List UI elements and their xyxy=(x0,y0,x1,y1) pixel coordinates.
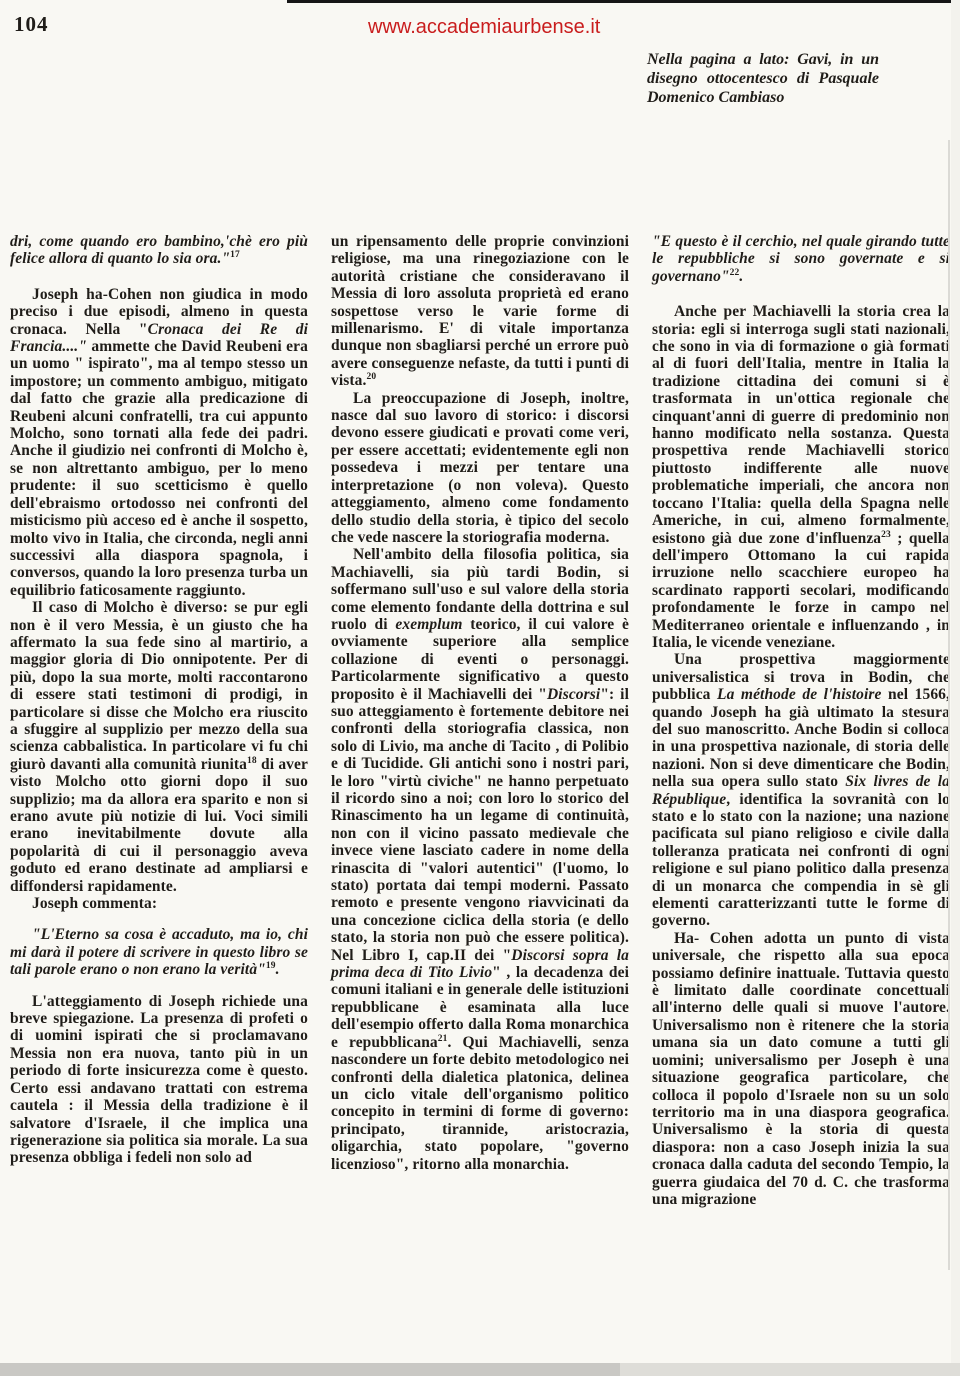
quote-continuation: dri, come quando ero bambino,'chè ero pi… xyxy=(10,233,308,268)
paragraph-continuation: un ripensamento delle proprie convinzion… xyxy=(331,233,629,390)
scan-edge-line xyxy=(948,140,950,1270)
column-middle: un ripensamento delle proprie convinzion… xyxy=(331,233,629,1361)
quote-block: "L'Eterno sa cosa è accaduto, ma io, chi… xyxy=(10,926,308,978)
text-columns: dri, come quando ero bambino,'chè ero pi… xyxy=(10,233,950,1361)
paragraph: Joseph ha-Cohen non giudica in modo prec… xyxy=(10,286,308,599)
scan-bottom-bar-light xyxy=(620,1363,960,1376)
scan-bottom-bar xyxy=(0,1363,960,1376)
scan-edge-bar xyxy=(287,0,960,3)
paragraph: La preoccupazione di Joseph, inoltre, na… xyxy=(331,390,629,547)
paragraph: Una prospettiva maggiormente universalis… xyxy=(652,651,950,930)
paragraph: Ha- Cohen adotta un punto di vista unive… xyxy=(652,930,950,1209)
column-right: "E questo è il cerchio, nel quale girand… xyxy=(652,233,950,1361)
watermark-url: www.accademiaurbense.it xyxy=(368,16,600,39)
paragraph: Anche per Machiavelli la storia crea la … xyxy=(652,303,950,651)
column-left: dri, come quando ero bambino,'chè ero pi… xyxy=(10,233,308,1361)
illustration-caption: Nella pagina a lato: Gavi, in un disegno… xyxy=(647,50,879,107)
scan-right-margin xyxy=(951,0,960,1376)
paragraph: L'atteggiamento di Joseph richiede una b… xyxy=(10,993,308,1167)
paragraph: Joseph commenta: xyxy=(10,895,308,912)
scanned-book-page: 104 www.accademiaurbense.it Nella pagina… xyxy=(0,0,960,1376)
page-number: 104 xyxy=(14,12,49,37)
quote-block: "E questo è il cerchio, nel quale girand… xyxy=(652,233,950,285)
paragraph: Nell'ambito della filosofia politica, si… xyxy=(331,546,629,1173)
paragraph: Il caso di Molcho è diverso: se pur egli… xyxy=(10,599,308,895)
